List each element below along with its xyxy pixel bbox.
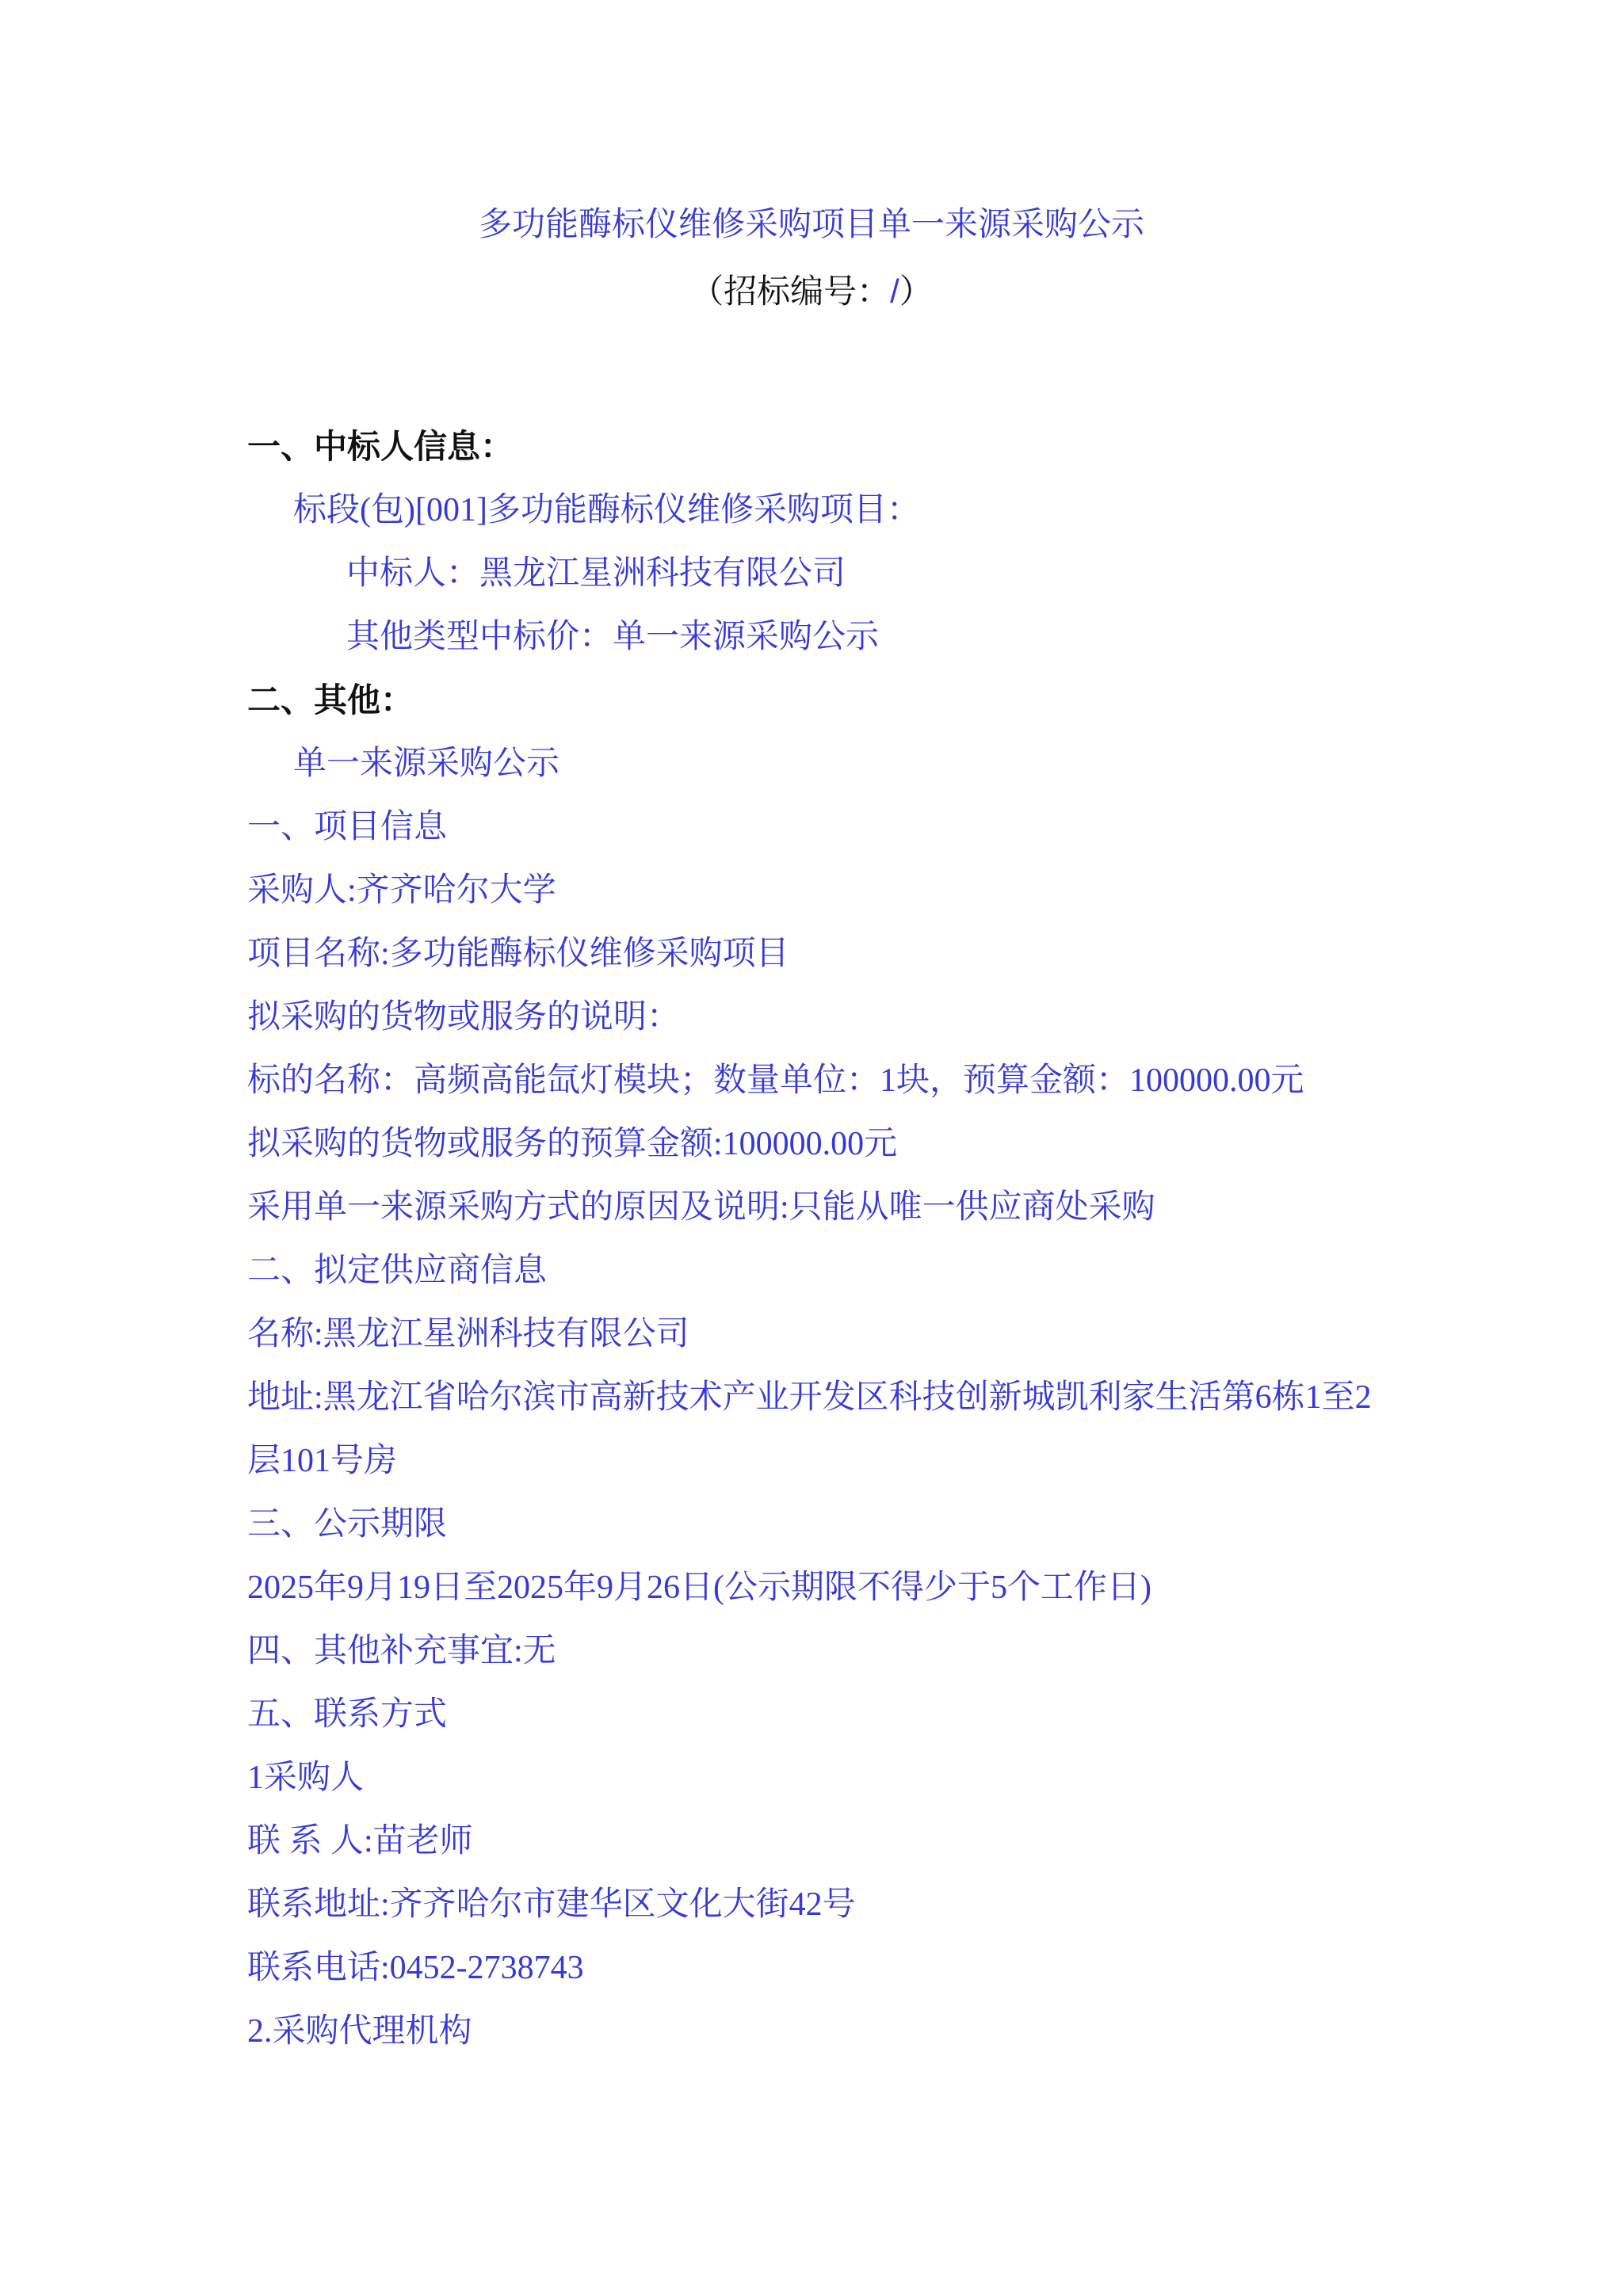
contact-person-line: 联 系 人:苗老师 — [247, 1810, 1441, 1873]
purchaser-line: 采购人:齐齐哈尔大学 — [247, 859, 1441, 922]
document-page: 多功能酶标仪维修采购项目单一来源采购公示 （招标编号：/） 一、中标人信息：标段… — [0, 0, 1623, 2296]
purchaser-contact-heading: 1采购人 — [247, 1746, 1441, 1810]
other-type-price-line: 其他类型中标价：单一来源采购公示 — [247, 605, 1441, 669]
single-source-reason-line: 采用单一来源采购方式的原因及说明:只能从唯一供应商处采购 — [247, 1176, 1441, 1239]
project-info-heading: 一、项目信息 — [247, 795, 1441, 859]
supplier-name-line: 名称:黑龙江星洲科技有限公司 — [247, 1302, 1441, 1366]
supplier-info-heading: 二、拟定供应商信息 — [247, 1239, 1441, 1302]
project-name-line: 项目名称:多功能酶标仪维修采购项目 — [247, 922, 1441, 986]
winner-line: 中标人：黑龙江星洲科技有限公司 — [247, 542, 1441, 605]
subtitle-tender-number: / — [890, 273, 899, 310]
subtitle-suffix: ） — [899, 273, 933, 310]
supplier-address-line-1: 地址:黑龙江省哈尔滨市高新技术产业开发区科技创新城凯利家生活第6栋1至2 — [247, 1366, 1441, 1429]
document-body: 一、中标人信息：标段(包)[001]多功能酶标仪维修采购项目：中标人：黑龙江星洲… — [0, 415, 1623, 2063]
single-source-notice-line: 单一来源采购公示 — [247, 732, 1441, 795]
subtitle-prefix: （招标编号： — [690, 273, 890, 310]
winner-info-heading: 一、中标人信息： — [247, 415, 1441, 479]
contact-heading: 五、联系方式 — [247, 1683, 1441, 1746]
publicity-period-line: 2025年9月19日至2025年9月26日(公示期限不得少于5个工作日) — [247, 1556, 1441, 1619]
subject-name-line: 标的名称：高频高能氙灯模块；数量单位：1块，预算金额：100000.00元 — [247, 1049, 1441, 1112]
publicity-period-heading: 三、公示期限 — [247, 1493, 1441, 1556]
supplier-address-line-2: 层101号房 — [247, 1429, 1441, 1493]
budget-line: 拟采购的货物或服务的预算金额:100000.00元 — [247, 1112, 1441, 1176]
page-title: 多功能酶标仪维修采购项目单一来源采购公示 — [0, 192, 1623, 258]
contact-address-line: 联系地址:齐齐哈尔市建华区文化大街42号 — [247, 1873, 1441, 1936]
goods-description-heading: 拟采购的货物或服务的说明： — [247, 986, 1441, 1049]
lot-line: 标段(包)[001]多功能酶标仪维修采购项目： — [247, 479, 1441, 542]
contact-phone-line: 联系电话:0452-2738743 — [247, 1936, 1441, 2000]
other-matters-line: 四、其他补充事宜:无 — [247, 1619, 1441, 1683]
other-heading: 二、其他： — [247, 669, 1441, 732]
page-subtitle: （招标编号：/） — [0, 258, 1623, 325]
agency-heading: 2.采购代理机构 — [247, 2000, 1441, 2063]
